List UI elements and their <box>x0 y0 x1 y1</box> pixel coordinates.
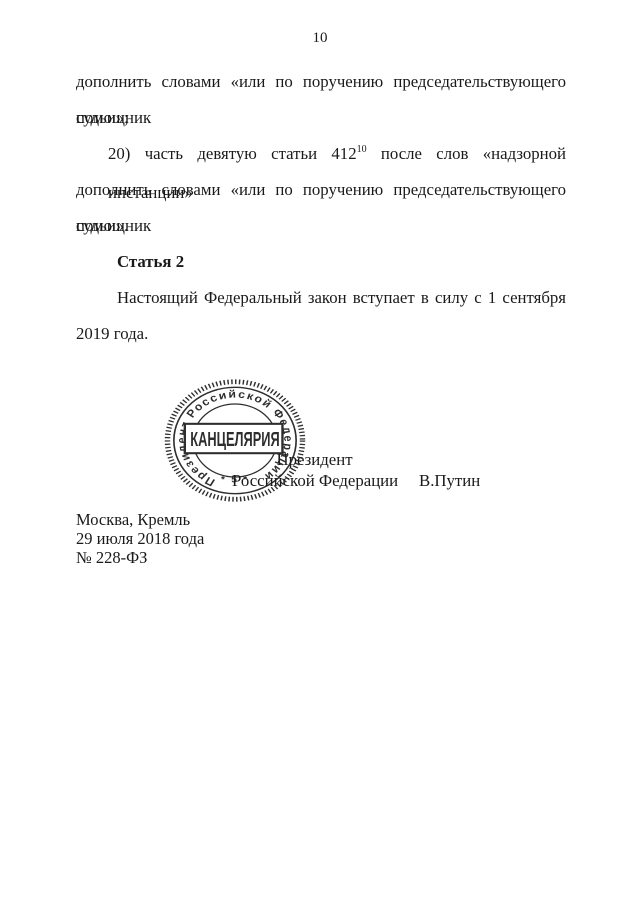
body-text: дополнить словами «или по поручению пред… <box>76 64 566 352</box>
document-page: 10 дополнить словами «или по поручению п… <box>0 0 640 905</box>
article-heading: Статья 2 <box>76 244 566 280</box>
body-line-4: дополнить словами «или по поручению пред… <box>76 172 566 208</box>
body-line-3: 20) часть девятую статьи 41210 после сло… <box>76 136 566 172</box>
page-number: 10 <box>0 30 640 47</box>
body-line-3-pre: 20) часть девятую статьи 412 <box>108 144 357 163</box>
superscript-10: 10 <box>357 144 367 155</box>
body-line-1: дополнить словами «или по поручению пред… <box>76 64 566 100</box>
footer-date: 29 июля 2018 года <box>76 529 204 548</box>
footer-number: № 228-ФЗ <box>76 548 204 567</box>
footer-block: Москва, Кремль 29 июля 2018 года № 228-Ф… <box>76 510 204 568</box>
body-line-6: Настоящий Федеральный закон вступает в с… <box>76 280 566 316</box>
body-line-7: 2019 года. <box>76 316 566 352</box>
chancellery-stamp: Президент Российской Федерации * 5 * КАН… <box>162 377 308 504</box>
signature-name: В.Путин <box>419 471 480 491</box>
stamp-center-text: КАНЦЕЛЯРИЯ <box>190 427 279 450</box>
footer-place: Москва, Кремль <box>76 510 204 529</box>
stamp-bottom-text: * 5 * <box>221 474 249 484</box>
